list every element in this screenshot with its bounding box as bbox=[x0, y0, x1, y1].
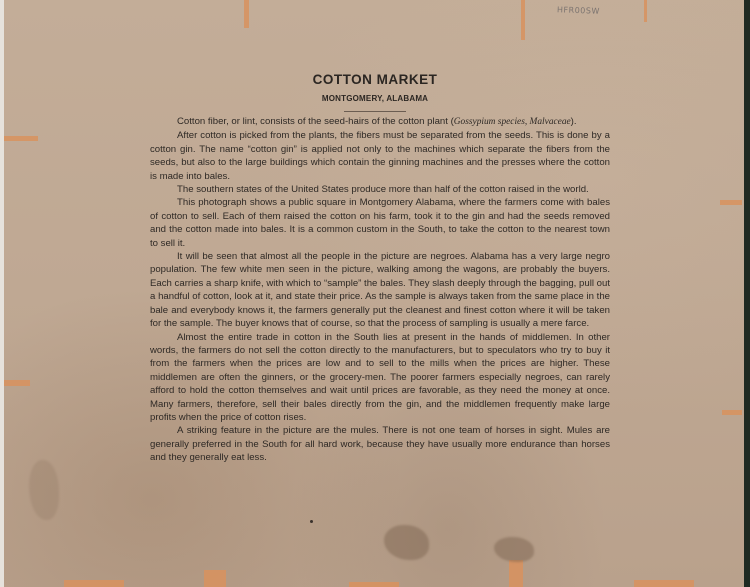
botanical-name: Gossypium species, Malvaceae bbox=[454, 117, 571, 127]
document-title: COTTON MARKET bbox=[0, 72, 750, 88]
paper-tear bbox=[644, 0, 647, 22]
paper-tear bbox=[244, 0, 249, 28]
paper-tear bbox=[720, 200, 742, 205]
paragraph-intro-end: ). bbox=[571, 116, 577, 127]
document-body: Cotton fiber, or lint, consists of the s… bbox=[150, 115, 610, 465]
document-subtitle: MONTGOMERY, ALABAMA bbox=[0, 94, 750, 104]
paper-tear bbox=[509, 560, 523, 587]
paper-tear bbox=[4, 136, 38, 141]
paragraph-sampling: It will be seen that almost all the peop… bbox=[150, 250, 610, 330]
paper-tear bbox=[722, 410, 742, 415]
catalog-note: HFR00SW bbox=[557, 5, 600, 15]
title-divider bbox=[344, 111, 406, 112]
paper-tear bbox=[634, 580, 694, 587]
title-block: COTTON MARKET MONTGOMERY, ALABAMA bbox=[0, 72, 750, 112]
paragraph-photograph: This photograph shows a public square in… bbox=[150, 196, 610, 250]
paragraph-intro: Cotton fiber, or lint, consists of the s… bbox=[150, 115, 610, 129]
ink-dot bbox=[310, 520, 313, 523]
paper-tear bbox=[204, 570, 226, 587]
water-stain bbox=[494, 537, 534, 562]
paper-tear bbox=[349, 582, 399, 587]
paragraph-southern-states: The southern states of the United States… bbox=[150, 183, 610, 196]
paragraph-cotton-gin: After cotton is picked from the plants, … bbox=[150, 129, 610, 183]
paper-tear bbox=[64, 580, 124, 587]
paper-tear bbox=[521, 0, 525, 40]
paragraph-intro-text: Cotton fiber, or lint, consists of the s… bbox=[177, 116, 454, 127]
paragraph-middlemen: Almost the entire trade in cotton in the… bbox=[150, 331, 610, 425]
paper-tear bbox=[4, 380, 30, 386]
water-stain bbox=[384, 525, 429, 560]
paragraph-mules: A striking feature in the picture are th… bbox=[150, 424, 610, 464]
water-stain bbox=[29, 460, 59, 520]
